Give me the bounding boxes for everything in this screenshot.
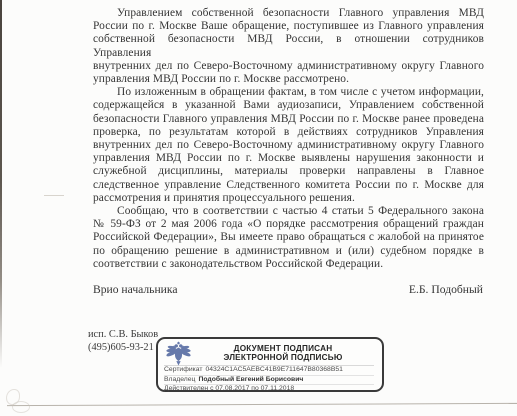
scan-smudge <box>12 401 30 413</box>
body-line: следственное управление Следственного ко… <box>93 179 484 192</box>
body-line: служебной дисциплины, материалы проверки… <box>93 165 484 178</box>
stamp-owner-row: ВладелецПодобный Евгений Борисович <box>164 376 374 386</box>
digital-signature-stamp: ДОКУМЕНТ ПОДПИСАН ЭЛЕКТРОННОЙ ПОДПИСЬЮ С… <box>156 337 384 392</box>
stamp-title: ДОКУМЕНТ ПОДПИСАН ЭЛЕКТРОННОЙ ПОДПИСЬЮ <box>192 344 374 363</box>
body-line: России по г. Москве Ваше обращение, пост… <box>93 20 484 33</box>
signature-name: Е.Б. Подобный <box>409 283 483 296</box>
body-line: собственной безопасности МВД России, в о… <box>93 33 484 59</box>
body-line: Российской Федерации», Вы имеете право о… <box>93 231 484 244</box>
body-line: управления МВД России по г. Москве рассм… <box>93 73 484 86</box>
stamp-title-line2: ЭЛЕКТРОННОЙ ПОДПИСЬЮ <box>192 353 374 363</box>
body-line: безопасности Главного управления МВД Рос… <box>93 113 484 126</box>
stamp-certificate-row: Сертификат04324C1AC5AEBC41B9E711647B8036… <box>164 366 374 376</box>
scan-bottom-edge <box>7 403 517 406</box>
scan-edge-left <box>0 0 2 400</box>
body-line: Управлением собственной безопасности Гла… <box>93 7 484 20</box>
letter-body: Управлением собственной безопасности Гла… <box>93 7 484 271</box>
body-line: Сообщаю, что в соответствии с частью 4 с… <box>93 205 484 218</box>
body-line: проверка, по результатам которой в дейст… <box>93 126 484 139</box>
body-line: по обращению решение в административном … <box>93 245 484 258</box>
owner-label: Владелец <box>164 376 195 383</box>
body-line: соответствии с законодательством Российс… <box>93 258 484 271</box>
body-line: № 59-ФЗ от 2 мая 2006 года «О порядке ра… <box>93 218 484 231</box>
body-line: внутренних дел по Северо-Восточному адми… <box>93 60 484 73</box>
body-line: содержащейся в указанной Вами аудиозапис… <box>93 99 484 112</box>
body-line: По изложенным в обращении фактам, в том … <box>93 86 484 99</box>
scan-dash <box>44 195 64 196</box>
body-line: рассмотрения и принятия процессуального … <box>93 192 484 205</box>
body-line: внутренних дел по Северо-Восточному адми… <box>93 139 484 152</box>
signature-position: Врио начальника <box>93 283 177 296</box>
signature-row: Врио начальника Е.Б. Подобный <box>93 283 483 296</box>
body-line: управления МВД России по г. Москве выявл… <box>93 152 484 165</box>
certificate-label: Сертификат <box>164 366 203 373</box>
mvd-emblem-icon <box>164 341 192 365</box>
certificate-value: 04324C1AC5AEBC41B9E711647B80368B51 <box>206 366 343 373</box>
stamp-title-line1: ДОКУМЕНТ ПОДПИСАН <box>192 344 374 354</box>
executor-block: исп. С.В. Быков (495)605-93-21 <box>88 328 158 354</box>
executor-name: исп. С.В. Быков <box>88 328 158 341</box>
stamp-header: ДОКУМЕНТ ПОДПИСАН ЭЛЕКТРОННОЙ ПОДПИСЬЮ <box>164 341 374 366</box>
stamp-validity-row: Действителен с 07.08.2017 по 07.11.2018 <box>164 385 374 394</box>
owner-value: Подобный Евгений Борисович <box>198 376 303 383</box>
executor-phone: (495)605-93-21 <box>88 341 158 354</box>
